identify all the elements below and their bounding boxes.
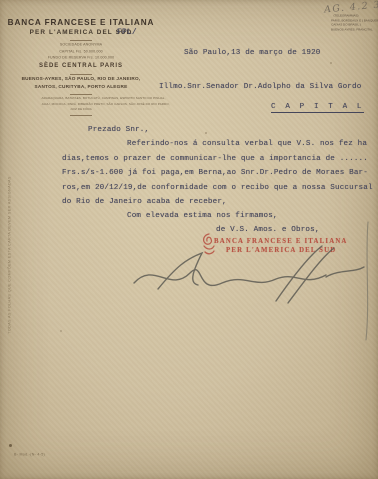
letterhead-capital-line: CAPITAL Frs. 50.000.000 — [34, 50, 129, 54]
recipient-line: Illmo.Snr.Senador Dr.Adolpho da Silva Go… — [159, 83, 361, 91]
letterhead-society-line: SOCIEDADE ANONYMA — [34, 43, 129, 47]
letterhead-bank-name: BANCA FRANCESE E ITALIANA — [2, 18, 160, 27]
body-line: ros,em 20/12/19,de conformidade com o re… — [62, 184, 373, 192]
letterhead-divider — [70, 40, 92, 41]
valediction-line: de V.S. Amos. e Obros, — [216, 226, 320, 234]
pencil-stroke-right-edge — [360, 220, 374, 342]
telegraph-line: BUENOS-AYRES: FRANCITAL — [331, 28, 361, 30]
paper-speck — [60, 330, 62, 332]
telegraph-line: PARIS, BORDEAUX E } BANQUEIROS — [331, 19, 361, 21]
letterhead-head-office: SÈDE CENTRAL PARIS — [2, 63, 160, 69]
salutation: Prezado Snr., — [88, 126, 149, 134]
paper-speck — [9, 444, 12, 447]
telegraph-line: CAIXAS DO BRASIL } — [331, 23, 361, 25]
dateline: São Paulo,13 de março de 1920 — [184, 49, 321, 57]
telegraph-line: (TELEGRAMMAS) — [331, 14, 361, 16]
letterhead-divider — [70, 94, 92, 95]
letterhead-branches-line1: BUENOS-AYRES, SÃO PAULO, RIO DE JANEIRO, — [19, 77, 142, 82]
letterhead-reserve-line: FUNDO DE RESERVA Frs. 10.000.000 — [34, 56, 129, 60]
letterhead-agencies-line: ARARAQUARA, BATATAES, BOTUCATÚ, CAMPINAS… — [42, 97, 121, 100]
paper-speck — [330, 62, 332, 64]
letterhead-divider — [70, 115, 92, 116]
letterhead-divider — [70, 74, 92, 75]
body-line: Referindo-nos á consulta verbal que V.S.… — [127, 140, 367, 148]
telegraph-address-block: (TELEGRAMMAS) PARIS, BORDEAUX E } BANQUE… — [316, 14, 376, 32]
body-line: Frs.s/s-1.600 já foi paga,em Berna,ao Sn… — [62, 169, 368, 177]
body-line: do Rio de Janeiro acaba de receber, — [62, 198, 227, 206]
letterhead-branches-line2: SANTOS, CURITYBA, PORTO ALEGRE — [19, 85, 142, 90]
scanned-letter-document: BANCA FRANCESE E ITALIANA PER L'AMERICA … — [0, 0, 378, 479]
closing-line: Com elevada estima nos firmamos, — [127, 212, 278, 220]
letterhead-agencies-line: JAHU, MOCOCA, PARÁ, RIBEIRÃO PRETO, SÃO … — [42, 103, 121, 106]
body-line: dias,temos o prazer de communicar-lhe qu… — [62, 155, 368, 163]
form-number-footer: B- Mod.-(N- 4-5) — [14, 453, 45, 457]
vertical-margin-note: TODAS AS FOLHAS QUE COMPÕEM ESTA CARTA D… — [8, 162, 12, 348]
recipient-city: C A P I T A L — [271, 103, 364, 113]
typed-reference-code: FPL/ — [117, 28, 137, 37]
letterhead-agencies-line: JUIZ DE FÓRA — [42, 108, 121, 111]
handwritten-signature — [128, 243, 370, 313]
paper-speck — [205, 132, 207, 134]
